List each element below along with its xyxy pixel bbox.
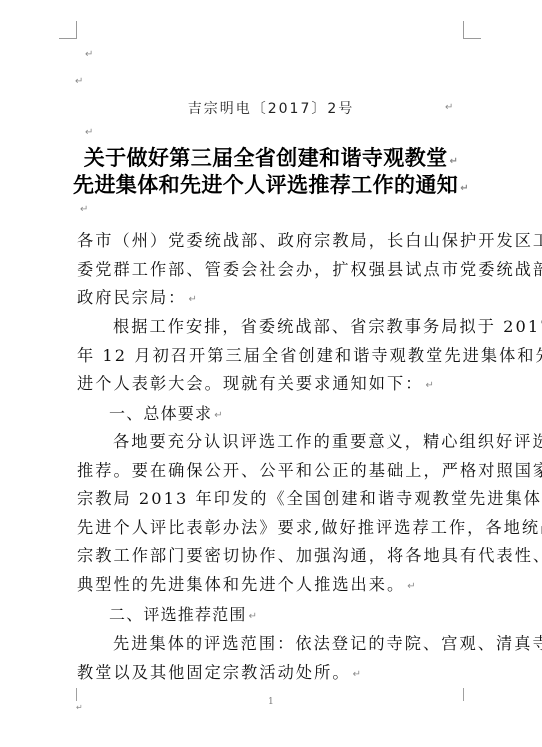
paragraph-mark-icon: ↵: [460, 183, 469, 194]
paragraph-mark-icon: ↵: [445, 102, 455, 113]
title-text: 关于做好第三届全省创建和谐寺观教堂: [84, 145, 448, 170]
text-line: 政府民宗局：↵: [77, 284, 467, 313]
document-page: ↵ ↵ 吉宗明电〔2017〕2号 ↵ ↵ 关于做好第三届全省创建和谐寺观教堂↵ …: [0, 0, 542, 747]
paragraph-mark-icon: ↵: [214, 410, 224, 421]
paragraph-mark-icon: ↵: [75, 77, 83, 87]
margin-corner-top-right: [463, 21, 481, 39]
section-heading-2: 二、评选推荐范围↵: [109, 601, 258, 631]
paragraph-mark-icon: ↵: [85, 50, 93, 60]
intro-paragraph: 根据工作安排，省委统战部、省宗教事务局拟于 2017 年 12 月初召开第三届全…: [77, 313, 467, 399]
text-line: 委党群工作部、管委会社会办，扩权强县试点市党委统战部、: [77, 256, 467, 285]
text-line: 进个人表彰大会。现就有关要求通知如下：↵: [77, 370, 467, 399]
heading-text: 二、评选推荐范围: [109, 605, 247, 624]
section-heading-1: 一、总体要求↵: [109, 400, 224, 430]
page-number: 1: [268, 697, 274, 707]
paragraph-mark-icon: ↵: [188, 294, 198, 305]
heading-text: 一、总体要求: [109, 404, 212, 423]
margin-corner-bottom-left: [76, 688, 77, 701]
section-1-paragraph: 各地要充分认识评选工作的重要意义，精心组织好评选 推荐。要在确保公开、公平和公正…: [77, 428, 467, 600]
text-line: 各市（州）党委统战部、政府宗教局，长白山保护开发区工: [77, 227, 467, 256]
text-line-content: 教堂以及其他固定宗教活动处所。: [77, 663, 351, 682]
paragraph-mark-icon: ↵: [407, 581, 417, 592]
text-line: 先进集体的评选范围：依法登记的寺院、宫观、清真寺、: [77, 630, 467, 659]
salutation-paragraph: 各市（州）党委统战部、政府宗教局，长白山保护开发区工 委党群工作部、管委会社会办…: [77, 227, 467, 313]
paragraph-mark-icon: ↵: [80, 205, 88, 215]
section-2-paragraph: 先进集体的评选范围：依法登记的寺院、宫观、清真寺、 教堂以及其他固定宗教活动处所…: [77, 630, 467, 687]
paragraph-mark-icon: ↵: [353, 669, 363, 680]
text-line-content: 典型性的先进集体和先进个人推选出来。: [77, 575, 405, 594]
text-line-content: 进个人表彰大会。现就有关要求通知如下：: [77, 374, 424, 393]
text-line: 年 12 月初召开第三届全省创建和谐寺观教堂先进集体和先: [77, 342, 467, 371]
paragraph-mark-icon: ↵: [85, 128, 93, 138]
document-title-line-1: 关于做好第三届全省创建和谐寺观教堂↵: [0, 145, 542, 175]
text-line-content: 政府民宗局：: [77, 288, 186, 307]
text-line: 根据工作安排，省委统战部、省宗教事务局拟于 2017: [77, 313, 467, 342]
paragraph-mark-icon: ↵: [450, 156, 459, 167]
text-line: 教堂以及其他固定宗教活动处所。↵: [77, 659, 467, 688]
text-line: 推荐。要在确保公开、公平和公正的基础上，严格对照国家: [77, 457, 467, 486]
margin-corner-bottom-right: [463, 688, 464, 701]
paragraph-mark-icon: ↵: [426, 380, 436, 391]
text-line: 宗教工作部门要密切协作、加强沟通，将各地具有代表性、: [77, 542, 467, 571]
text-line: 先进个人评比表彰办法》要求,做好推评选荐工作，各地统战、: [77, 514, 467, 543]
text-line: 宗教局 2013 年印发的《全国创建和谐寺观教堂先进集体和: [77, 485, 467, 514]
paragraph-mark-icon: ↵: [249, 611, 259, 622]
document-title-line-2: 先进集体和先进个人评选推荐工作的通知↵: [0, 172, 542, 202]
title-text: 先进集体和先进个人评选推荐工作的通知: [73, 172, 458, 197]
text-line: 典型性的先进集体和先进个人推选出来。↵: [77, 571, 467, 600]
document-number-text: 吉宗明电〔2017〕2号: [188, 101, 355, 117]
paragraph-mark-icon: ↵: [76, 703, 83, 713]
document-number: 吉宗明电〔2017〕2号 ↵: [0, 98, 542, 118]
text-line: 各地要充分认识评选工作的重要意义，精心组织好评选: [77, 428, 467, 457]
margin-corner-top-left: [59, 21, 77, 39]
